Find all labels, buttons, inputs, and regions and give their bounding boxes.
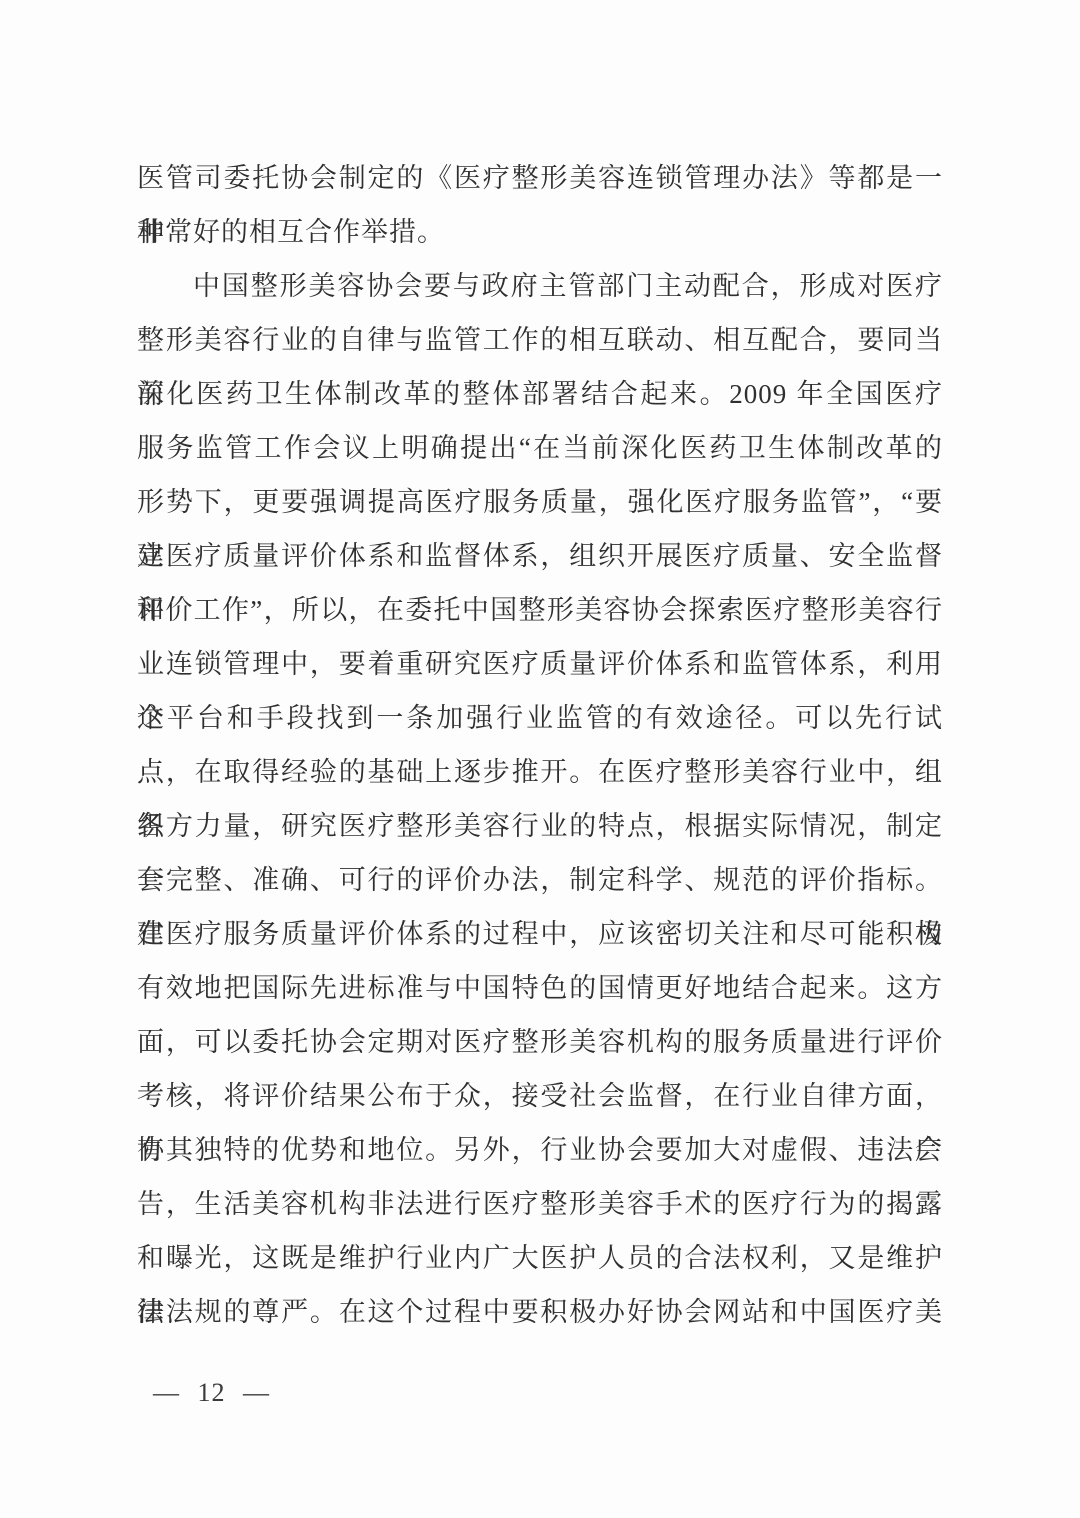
text-line: 中国整形美容协会要与政府主管部门主动配合，形成对医疗 bbox=[137, 259, 943, 313]
text-line: 立医疗质量评价体系和监督体系，组织开展医疗质量、安全监督和 bbox=[137, 529, 943, 583]
body-text: 医管司委托协会制定的《医疗整形美容连锁管理办法》等都是一种 非常好的相互合作举措… bbox=[137, 151, 943, 1339]
text-line: 告，生活美容机构非法进行医疗整形美容手术的医疗行为的揭露 bbox=[137, 1177, 943, 1231]
page-number: — 12 — bbox=[153, 1366, 270, 1420]
text-line: 点，在取得经验的基础上逐步推开。在医疗整形美容行业中，组织 bbox=[137, 745, 943, 799]
text-line: 套完整、准确、可行的评价办法，制定科学、规范的评价指标。在构 bbox=[137, 853, 943, 907]
text-line: 律法规的尊严。在这个过程中要积极办好协会网站和中国医疗美 bbox=[137, 1285, 943, 1339]
text-line: 各方力量，研究医疗整形美容行业的特点，根据实际情况，制定一 bbox=[137, 799, 943, 853]
text-line: 评价工作”，所以，在委托中国整形美容协会探索医疗整形美容行 bbox=[137, 583, 943, 637]
text-line: 有效地把国际先进标准与中国特色的国情更好地结合起来。这方 bbox=[137, 961, 943, 1015]
text-line: 个平台和手段找到一条加强行业监管的有效途径。可以先行试 bbox=[137, 691, 943, 745]
text-line: 整形美容行业的自律与监管工作的相互联动、相互配合，要同当前 bbox=[137, 313, 943, 367]
text-line: 非常好的相互合作举措。 bbox=[137, 205, 943, 259]
text-line: 有其独特的优势和地位。另外，行业协会要加大对虚假、违法广 bbox=[137, 1123, 943, 1177]
text-line: 深化医药卫生体制改革的整体部署结合起来。2009 年全国医疗 bbox=[137, 367, 943, 421]
text-line: 医管司委托协会制定的《医疗整形美容连锁管理办法》等都是一种 bbox=[137, 151, 943, 205]
document-page: 医管司委托协会制定的《医疗整形美容连锁管理办法》等都是一种 非常好的相互合作举措… bbox=[0, 0, 1080, 1518]
text-line: 建医疗服务质量评价体系的过程中，应该密切关注和尽可能积极 bbox=[137, 907, 943, 961]
text-line: 面，可以委托协会定期对医疗整形美容机构的服务质量进行评价 bbox=[137, 1015, 943, 1069]
text-line: 形势下，更要强调提高医疗服务质量，强化医疗服务监管”，“要建 bbox=[137, 475, 943, 529]
text-line: 和曝光，这既是维护行业内广大医护人员的合法权利，又是维护法 bbox=[137, 1231, 943, 1285]
text-line: 业连锁管理中，要着重研究医疗质量评价体系和监管体系，利用这 bbox=[137, 637, 943, 691]
text-line: 服务监管工作会议上明确提出“在当前深化医药卫生体制改革的 bbox=[137, 421, 943, 475]
text-line: 考核，将评价结果公布于众，接受社会监督，在行业自律方面，协会 bbox=[137, 1069, 943, 1123]
